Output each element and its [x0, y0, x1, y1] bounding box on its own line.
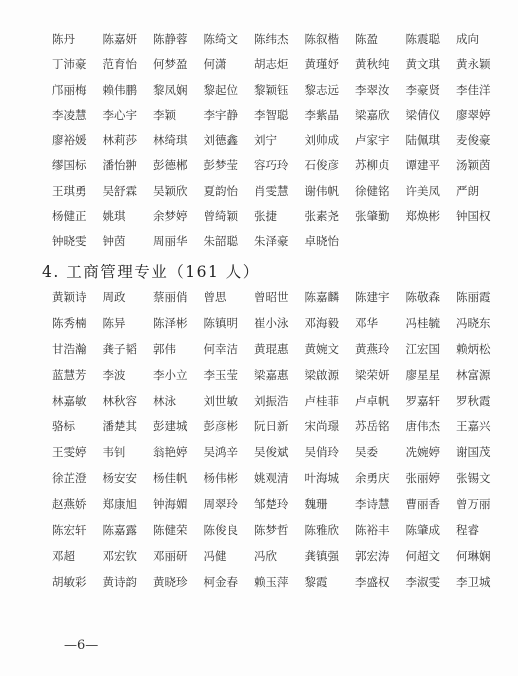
person-name: 朱泽豪: [254, 234, 289, 248]
person-name: 陈震聪: [406, 32, 441, 46]
name-row: 骆标潘楚其彭建城彭彦彬阮日新宋尚璟苏岳铭唐伟杰王嘉兴: [52, 419, 512, 445]
person-name: 林莉莎: [103, 133, 138, 147]
person-name: 何幸洁: [204, 342, 239, 356]
name-row: 陈宏轩陈嘉露陈健荣陈俊良陈梦哲陈雅欣陈裕丰陈肇成程睿: [52, 523, 512, 549]
person-name: 陈裕丰: [355, 523, 390, 537]
person-name: 甘浩瀚: [52, 342, 87, 356]
person-name: 林绮琪: [153, 133, 188, 147]
person-name: 黄燕玲: [355, 342, 390, 356]
person-name: 陈绮文: [204, 32, 239, 46]
person-name: 杨佳帆: [153, 471, 188, 485]
person-name: 何超文: [406, 549, 441, 563]
person-name: 李凌慧: [52, 108, 87, 122]
person-name: 徐健铭: [355, 184, 390, 198]
person-name: 吴委: [355, 445, 378, 459]
person-name: 李小立: [153, 368, 188, 382]
person-name: 赖玉萍: [254, 575, 289, 589]
person-name: 李宇静: [204, 108, 239, 122]
person-name: 杨伟彬: [204, 471, 239, 485]
name-list-previous-section: 陈丹陈嘉妍陈静蓉陈绮文陈纬杰陈叙楷陈盈陈震聪成向丁沛豪范育怡何梦盈何潇胡志炬黄瑾…: [52, 32, 512, 260]
person-name: 赖炳松: [456, 342, 491, 356]
person-name: 曾思: [204, 290, 227, 304]
person-name: 李紫晶: [305, 108, 340, 122]
person-name: 骆标: [52, 419, 75, 433]
name-row: 黄颖诗周政蔡丽俏曾思曾昭世陈嘉麟陈建宇陈敬森陈丽霞: [52, 290, 512, 316]
document-page: 陈丹陈嘉妍陈静蓉陈绮文陈纬杰陈叙楷陈盈陈震聪成向丁沛豪范育怡何梦盈何潇胡志炬黄瑾…: [0, 0, 518, 676]
person-name: 黄秋纯: [355, 57, 390, 71]
person-name: 黄永颖: [456, 57, 491, 71]
name-row: 廖裕媛林莉莎林绮琪刘德鑫刘宁刘帅成卢家宇陆佩琪麦俊豪: [52, 133, 512, 158]
name-row: 赵燕娇郑康旭钟海媚周翠玲邹楚玲魏珊李诗慧曹丽香曾万丽: [52, 497, 512, 523]
person-name: 陈健荣: [153, 523, 188, 537]
person-name: 曾万丽: [456, 497, 491, 511]
person-name: 翁艳婷: [153, 445, 188, 459]
person-name: 冯桂毓: [406, 316, 441, 330]
person-name: 郑焕彬: [406, 209, 441, 223]
person-name: 黄诗韵: [103, 575, 138, 589]
person-name: 石俊彦: [305, 158, 340, 172]
person-name: 曾昭世: [254, 290, 289, 304]
person-name: 张捷: [254, 209, 277, 223]
person-name: 胡志炬: [254, 57, 289, 71]
person-name: 郑康旭: [103, 497, 138, 511]
person-name: 陈嘉妍: [103, 32, 138, 46]
person-name: 罗秋霞: [456, 394, 491, 408]
person-name: 陈雅欣: [305, 523, 340, 537]
person-name: 容巧玲: [254, 158, 289, 172]
person-name: 林秋容: [103, 394, 138, 408]
person-name: 谢国茂: [456, 445, 491, 459]
person-name: 李诗慧: [355, 497, 390, 511]
name-row: 蓝慧芳李波李小立李玉莹梁嘉惠梁啟源梁荣妍廖星星林富源: [52, 368, 512, 394]
person-name: 陆佩琪: [406, 133, 441, 147]
person-name: 梁啟源: [305, 368, 340, 382]
person-name: 何潇: [204, 57, 227, 71]
person-name: 邝丽梅: [52, 83, 87, 97]
person-name: 张肇勤: [355, 209, 390, 223]
person-name: 陈泽彬: [153, 316, 188, 330]
person-name: 梁荣妍: [355, 368, 390, 382]
person-name: 梁嘉欣: [355, 108, 390, 122]
person-name: 程睿: [456, 523, 479, 537]
person-name: 崔小泳: [254, 316, 289, 330]
person-name: 林富源: [456, 368, 491, 382]
name-row: 甘浩瀚龚子韬郭伟何幸洁黄琨惠黄婉文黄燕玲江宏国赖炳松: [52, 342, 512, 368]
person-name: 谢伟帆: [305, 184, 340, 198]
person-name: 李颖: [153, 108, 176, 122]
person-name: 李心宇: [103, 108, 138, 122]
person-name: 潘怡翀: [103, 158, 138, 172]
person-name: 汤颖茵: [456, 158, 491, 172]
person-name: 卢桂菲: [305, 394, 340, 408]
person-name: 苏柳贞: [355, 158, 390, 172]
person-name: 吴鸿辛: [204, 445, 239, 459]
person-name: 江宏国: [406, 342, 441, 356]
person-name: 杨健正: [52, 209, 87, 223]
person-name: 许美凤: [406, 184, 441, 198]
person-name: 宋尚璟: [305, 419, 340, 433]
person-name: 钟茵: [103, 234, 126, 248]
person-name: 林泳: [153, 394, 176, 408]
person-name: 李卫城: [456, 575, 491, 589]
person-name: 李波: [103, 368, 126, 382]
person-name: 黄琨惠: [254, 342, 289, 356]
person-name: 曾绮颖: [204, 209, 239, 223]
person-name: 夏韵怡: [204, 184, 239, 198]
person-name: 张锡文: [456, 471, 491, 485]
name-row: 林嘉敏林秋容林泳刘世敏刘振浩卢桂菲卢卓帆罗嘉轩罗秋霞: [52, 394, 512, 420]
name-list-business-administration: 黄颖诗周政蔡丽俏曾思曾昭世陈嘉麟陈建宇陈敬森陈丽霞陈秀楠陈异陈泽彬陈镇明崔小泳邓…: [52, 290, 512, 601]
person-name: 陈秀楠: [52, 316, 87, 330]
name-row: 缪国标潘怡翀彭德郴彭梦莹容巧玲石俊彦苏柳贞谭建平汤颖茵: [52, 158, 512, 183]
person-name: 陈盈: [355, 32, 378, 46]
person-name: 邓华: [355, 316, 378, 330]
person-name: 冯健: [204, 549, 227, 563]
person-name: 赖伟鹏: [103, 83, 138, 97]
person-name: 廖翠婷: [456, 108, 491, 122]
person-name: 刘世敏: [204, 394, 239, 408]
person-name: 姚琪: [103, 209, 126, 223]
person-name: 黎颖钰: [254, 83, 289, 97]
person-name: 王雯婷: [52, 445, 87, 459]
person-name: 叶海城: [305, 471, 340, 485]
person-name: 丁沛豪: [52, 57, 87, 71]
person-name: 陈静蓉: [153, 32, 188, 46]
person-name: 张素尧: [305, 209, 340, 223]
person-name: 陈梦哲: [254, 523, 289, 537]
person-name: 林嘉敏: [52, 394, 87, 408]
name-row: 陈秀楠陈异陈泽彬陈镇明崔小泳邓海毅邓华冯桂毓冯晓东: [52, 316, 512, 342]
person-name: 余梦婷: [153, 209, 188, 223]
person-name: 周政: [103, 290, 126, 304]
person-name: 龚镇强: [305, 549, 340, 563]
name-row: 钟晓雯钟茵周丽华朱韶聪朱泽豪卓晓怡: [52, 234, 512, 259]
name-row: 邝丽梅赖伟鹏黎凤娴黎起位黎颖钰黎志远李翠汝李豪贤李佳洋: [52, 83, 512, 108]
person-name: 麦俊豪: [456, 133, 491, 147]
person-name: 黄晓珍: [153, 575, 188, 589]
person-name: 卢家宇: [355, 133, 390, 147]
name-row: 徐芷澄杨安安杨佳帆杨伟彬姚观清叶海城余勇庆张丽婷张锡文: [52, 471, 512, 497]
person-name: 郭宏涛: [355, 549, 390, 563]
person-name: 钟国权: [456, 209, 491, 223]
person-name: 黎霞: [305, 575, 328, 589]
name-row: 王雯婷韦钊翁艳婷吴鸿辛吴俊斌吴俏玲吴委冼婉婷谢国茂: [52, 445, 512, 471]
person-name: 杨安安: [103, 471, 138, 485]
person-name: 吴俊斌: [254, 445, 289, 459]
person-name: 梁嘉惠: [254, 368, 289, 382]
person-name: 严朗: [456, 184, 479, 198]
person-name: 余勇庆: [355, 471, 390, 485]
person-name: 黎凤娴: [153, 83, 188, 97]
person-name: 陈肇成: [406, 523, 441, 537]
person-name: 苏岳铭: [355, 419, 390, 433]
person-name: 钟海媚: [153, 497, 188, 511]
person-name: 卢卓帆: [355, 394, 390, 408]
person-name: 成向: [456, 32, 479, 46]
person-name: 廖裕媛: [52, 133, 87, 147]
person-name: 龚子韬: [103, 342, 138, 356]
person-name: 陈叙楷: [305, 32, 340, 46]
person-name: 邓丽研: [153, 549, 188, 563]
person-name: 韦钊: [103, 445, 126, 459]
person-name: 陈嘉露: [103, 523, 138, 537]
person-name: 周丽华: [153, 234, 188, 248]
person-name: 陈异: [103, 316, 126, 330]
person-name: 黄颖诗: [52, 290, 87, 304]
person-name: 魏珊: [305, 497, 328, 511]
person-name: 李豪贤: [406, 83, 441, 97]
person-name: 王嘉兴: [456, 419, 491, 433]
person-name: 何琳娴: [456, 549, 491, 563]
person-name: 罗嘉轩: [406, 394, 441, 408]
person-name: 曹丽香: [406, 497, 441, 511]
person-name: 黄婉文: [305, 342, 340, 356]
person-name: 缪国标: [52, 158, 87, 172]
person-name: 朱韶聪: [204, 234, 239, 248]
person-name: 黄文琪: [406, 57, 441, 71]
person-name: 陈丹: [52, 32, 75, 46]
person-name: 陈宏轩: [52, 523, 87, 537]
name-row: 胡敏彩黄诗韵黄晓珍柯金春赖玉萍黎霞李盛权李淑雯李卫城: [52, 575, 512, 601]
person-name: 冯晓东: [456, 316, 491, 330]
person-name: 陈俊良: [204, 523, 239, 537]
person-name: 李佳洋: [456, 83, 491, 97]
person-name: 廖星星: [406, 368, 441, 382]
person-name: 邓宏钦: [103, 549, 138, 563]
person-name: 陈丽霞: [456, 290, 491, 304]
person-name: 彭建城: [153, 419, 188, 433]
name-row: 邓超邓宏钦邓丽研冯健冯欣龚镇强郭宏涛何超文何琳娴: [52, 549, 512, 575]
name-row: 李凌慧李心宇李颖李宇静李智聪李紫晶梁嘉欣梁倩仪廖翠婷: [52, 108, 512, 133]
person-name: 李翠汝: [355, 83, 390, 97]
person-name: 胡敏彩: [52, 575, 87, 589]
person-name: 郭伟: [153, 342, 176, 356]
person-name: 冯欣: [254, 549, 277, 563]
person-name: 陈嘉麟: [305, 290, 340, 304]
person-name: 邓海毅: [305, 316, 340, 330]
person-name: 阮日新: [254, 419, 289, 433]
person-name: 陈镇明: [204, 316, 239, 330]
person-name: 蓝慧芳: [52, 368, 87, 382]
person-name: 柯金春: [204, 575, 239, 589]
person-name: 卓晓怡: [305, 234, 340, 248]
person-name: 黎起位: [204, 83, 239, 97]
page-number: —6—: [64, 638, 98, 653]
person-name: 李玉莹: [204, 368, 239, 382]
person-name: 刘振浩: [254, 394, 289, 408]
section-heading-business-administration: 4. 工商管理专业（161 人）: [42, 260, 260, 282]
person-name: 潘楚其: [103, 419, 138, 433]
person-name: 刘帅成: [305, 133, 340, 147]
person-name: 彭梦莹: [204, 158, 239, 172]
person-name: 唐伟杰: [406, 419, 441, 433]
person-name: 吴颖欣: [153, 184, 188, 198]
person-name: 陈敬森: [406, 290, 441, 304]
person-name: 王琪勇: [52, 184, 87, 198]
person-name: 吴俏玲: [305, 445, 340, 459]
person-name: 周翠玲: [204, 497, 239, 511]
person-name: 李智聪: [254, 108, 289, 122]
person-name: 肖雯慧: [254, 184, 289, 198]
person-name: 彭德郴: [153, 158, 188, 172]
person-name: 吴舒霖: [103, 184, 138, 198]
person-name: 冼婉婷: [406, 445, 441, 459]
person-name: 何梦盈: [153, 57, 188, 71]
person-name: 黄瑾妤: [305, 57, 340, 71]
person-name: 钟晓雯: [52, 234, 87, 248]
person-name: 李淑雯: [406, 575, 441, 589]
person-name: 刘宁: [254, 133, 277, 147]
name-row: 丁沛豪范育怡何梦盈何潇胡志炬黄瑾妤黄秋纯黄文琪黄永颖: [52, 57, 512, 82]
person-name: 邹楚玲: [254, 497, 289, 511]
person-name: 赵燕娇: [52, 497, 87, 511]
name-row: 王琪勇吴舒霖吴颖欣夏韵怡肖雯慧谢伟帆徐健铭许美凤严朗: [52, 184, 512, 209]
person-name: 谭建平: [406, 158, 441, 172]
person-name: 徐芷澄: [52, 471, 87, 485]
person-name: 张丽婷: [406, 471, 441, 485]
person-name: 陈建宇: [355, 290, 390, 304]
name-row: 陈丹陈嘉妍陈静蓉陈绮文陈纬杰陈叙楷陈盈陈震聪成向: [52, 32, 512, 57]
person-name: 梁倩仪: [406, 108, 441, 122]
person-name: 黎志远: [305, 83, 340, 97]
name-row: 杨健正姚琪余梦婷曾绮颖张捷张素尧张肇勤郑焕彬钟国权: [52, 209, 512, 234]
person-name: 陈纬杰: [254, 32, 289, 46]
person-name: 邓超: [52, 549, 75, 563]
person-name: 彭彦彬: [204, 419, 239, 433]
person-name: 蔡丽俏: [153, 290, 188, 304]
person-name: 姚观清: [254, 471, 289, 485]
person-name: 范育怡: [103, 57, 138, 71]
person-name: 李盛权: [355, 575, 390, 589]
person-name: 刘德鑫: [204, 133, 239, 147]
